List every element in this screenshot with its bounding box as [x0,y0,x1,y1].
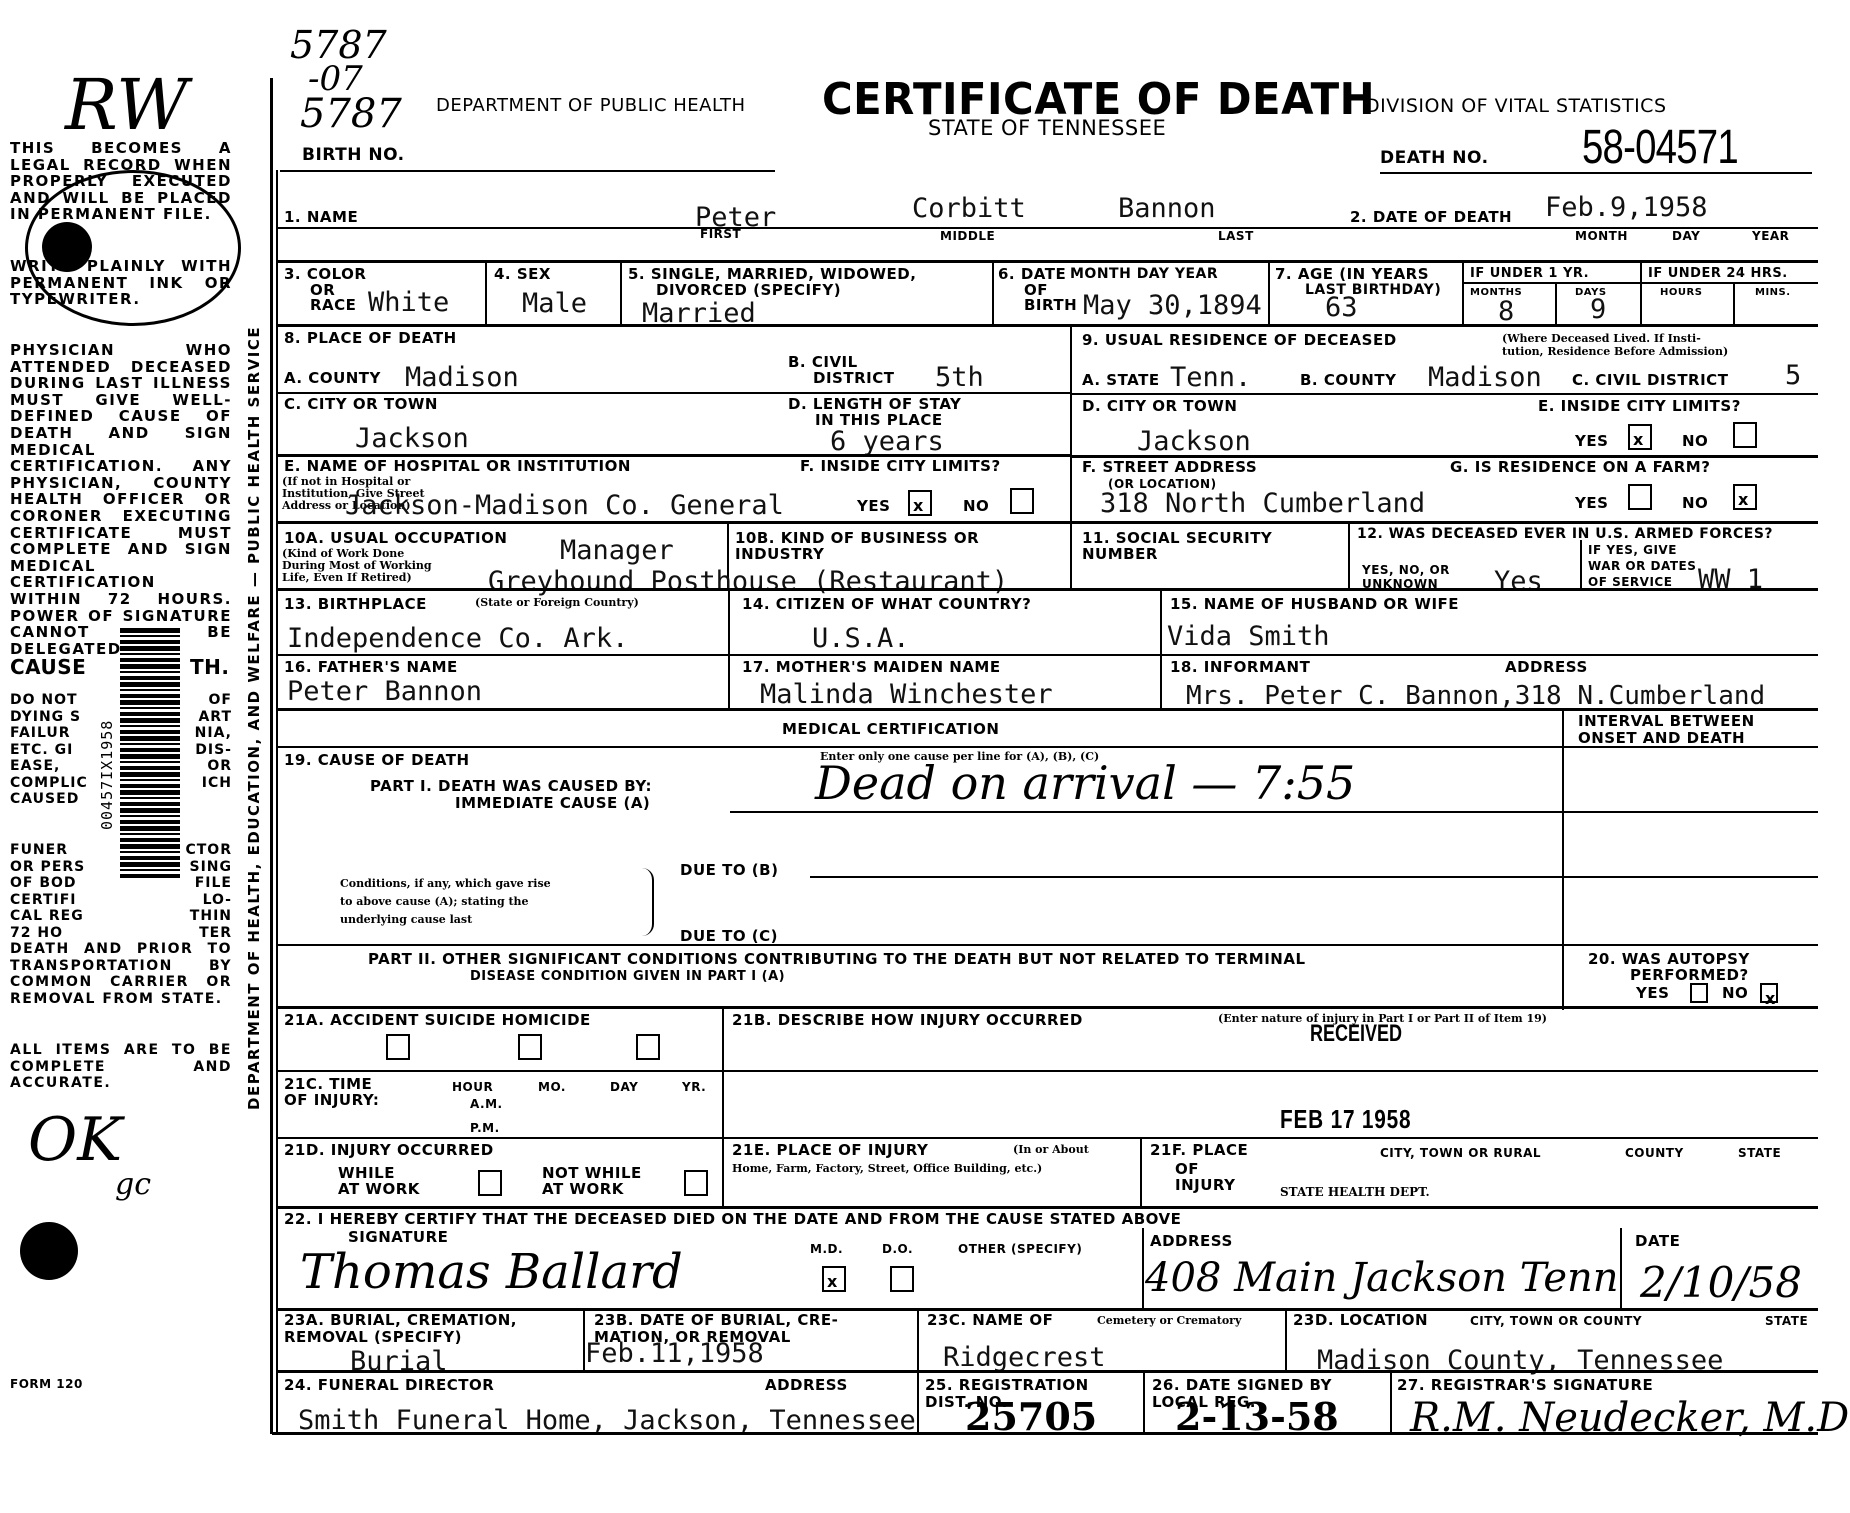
residence-county-value: Madison [1428,364,1542,391]
burial-location-label: 23D. LOCATION [1293,1313,1428,1328]
months-value: 8 [1498,298,1514,325]
vertical-agency-text: DEPARTMENT OF HEALTH, EDUCATION, AND WEL… [245,326,263,1110]
color-label: 3. COLOR [284,267,366,282]
death-civil-district-value: 5th [935,364,984,391]
marital-label: 5. SINGLE, MARRIED, WIDOWED, [628,267,916,282]
residence-city-value: Jackson [1137,428,1251,455]
name-label: 1. NAME [284,210,358,225]
occupation-label: 10A. USUAL OCCUPATION [284,531,507,546]
registration-label: 25. REGISTRATION [925,1378,1089,1393]
funeral-director-label: 24. FUNERAL DIRECTOR [284,1378,494,1393]
certification-date: 2/10/58 [1640,1262,1802,1304]
registration-district-value: 25705 [965,1398,1097,1436]
mother-label: 17. MOTHER'S MAIDEN NAME [742,660,1001,675]
death-inside-city-yes-checkbox[interactable] [908,490,932,516]
cause-note-right: OFARTNIA,DIS-ORICH [190,692,232,791]
ssn-label: 11. SOCIAL SECURITY [1082,531,1272,546]
while-at-work-checkbox[interactable] [478,1170,502,1196]
color-value: White [368,289,449,316]
registrar-label: 27. REGISTRAR'S SIGNATURE [1397,1378,1653,1393]
birth-date-value: May 30,1894 [1083,292,1262,319]
funeral-director-value: Smith Funeral Home, Jackson, Tennessee [298,1407,916,1434]
informant-label: 18. INFORMANT [1170,660,1310,675]
father-label: 16. FATHER'S NAME [284,660,458,675]
residence-street-value: 318 North Cumberland [1100,490,1425,517]
year-sublabel: YEAR [1752,230,1789,242]
last-name-value: Bannon [1118,195,1216,222]
birth-no-line [280,170,775,172]
homicide-checkbox[interactable] [636,1034,660,1060]
middle-sublabel: MIDDLE [940,230,995,242]
residence-civil-value: 5 [1785,362,1801,389]
date-of-death-label: 2. DATE OF DEATH [1350,210,1512,225]
spouse-value: Vida Smith [1167,623,1330,650]
all-items-note: ALL ITEMS ARE TO BE COMPLETE AND ACCURAT… [10,1042,232,1092]
cause-note-left: DO NOTDYING SFAILURETC. GIEASE,COMPLICCA… [10,692,95,808]
age-label: 7. AGE (IN YEARS [1275,267,1429,282]
autopsy-label: 20. WAS AUTOPSY [1588,952,1750,967]
father-value: Peter Bannon [287,678,482,705]
injury-type-label: 21A. ACCIDENT SUICIDE HOMICIDE [284,1013,591,1028]
certify-label: 22. I HEREBY CERTIFY THAT THE DECEASED D… [284,1212,1181,1227]
md-checkbox[interactable] [822,1266,846,1292]
date-of-death-value: Feb.9,1958 [1545,194,1708,221]
hospital-value: Jackson-Madison Co. General [345,492,784,519]
due-to-c-label: DUE TO (C) [680,929,778,944]
sex-label: 4. SEX [494,267,551,282]
death-city-value: Jackson [355,425,469,452]
citizen-label: 14. CITIZEN OF WHAT COUNTRY? [742,597,1031,612]
burial-date-value: Feb.11,1958 [585,1340,764,1367]
suicide-checkbox[interactable] [518,1034,542,1060]
cause-heading: CAUSE [10,657,86,677]
burial-method-label: 23A. BURIAL, CREMATION, [284,1313,517,1328]
date-signed-label: 26. DATE SIGNED BY [1152,1378,1332,1393]
cause-heading-right: TH. [190,657,229,677]
division-label: DIVISION OF VITAL STATISTICS [1365,97,1667,116]
immediate-cause-value: Dead on arrival — 7:55 [815,760,1355,806]
marital-value: Married [642,300,756,327]
describe-injury-label: 21B. DESCRIBE HOW INJURY OCCURRED [732,1013,1083,1028]
first-sublabel: FIRST [700,228,741,240]
autopsy-yes-checkbox[interactable] [1690,983,1708,1003]
physician-note: PHYSICIAN WHO ATTENDED DECEASED DURING L… [10,342,232,657]
punch-hole [20,1222,78,1280]
funeral-note-right: CTORSINGFILELO-THINTER [180,842,232,941]
armed-forces-label: 12. WAS DECEASED EVER IN U.S. ARMED FORC… [1357,527,1773,541]
birth-date-label: 6. DATE [998,267,1066,282]
time-of-injury-label: 21C. TIME [284,1077,372,1092]
age-value: 63 [1325,294,1358,321]
birth-no-label: BIRTH NO. [302,147,405,164]
residence-inside-city-yes-checkbox[interactable] [1628,424,1652,450]
write-plainly-note: WRITE PLAINLY WITH PERMANENT INK OR TYPE… [10,258,232,308]
received-date-stamp: FEB 17 1958 [1280,1104,1411,1135]
month-sublabel: MONTH [1575,230,1628,242]
last-sublabel: LAST [1218,230,1254,242]
cemetery-value: Ridgecrest [943,1344,1106,1371]
death-inside-city-no-checkbox[interactable] [1010,488,1034,514]
barcode [120,628,180,878]
health-dept-stamp: STATE HEALTH DEPT. [1280,1185,1430,1199]
death-no-label: DEATH NO. [1380,150,1489,167]
spouse-label: 15. NAME OF HUSBAND OR WIFE [1170,597,1459,612]
length-of-stay-value: 6 years [830,428,944,455]
part2-label: PART II. OTHER SIGNIFICANT CONDITIONS CO… [368,952,1306,967]
barcode-text: 00457IX1958 [98,720,116,830]
under-1yr-label: IF UNDER 1 YR. [1470,267,1589,280]
cause-of-death-label: 19. CAUSE OF DEATH [284,753,470,768]
informant-value: Mrs. Peter C. Bannon,318 N.Cumberland [1186,683,1765,709]
due-to-b-label: DUE TO (B) [680,863,778,878]
sex-value: Male [522,290,587,317]
handwritten-initials: RW [65,70,188,140]
received-stamp: RECEIVED [1310,1020,1402,1048]
accident-checkbox[interactable] [386,1034,410,1060]
cemetery-label: 23C. NAME OF [927,1313,1053,1328]
place-of-injury-label: 21E. PLACE OF INJURY [732,1143,928,1158]
residence-label: 9. USUAL RESIDENCE OF DECEASED [1082,333,1397,348]
residence-inside-city-no-checkbox[interactable] [1733,422,1757,448]
funeral-note-left: FUNEROR PERSOF BODCERTIFICAL REG72 HO [10,842,100,941]
physician-signature: Thomas Ballard [300,1248,683,1296]
autopsy-no-checkbox[interactable] [1760,983,1778,1003]
brace [642,868,654,936]
form-border-left-inner [276,170,278,1434]
burial-date-label: 23B. DATE OF BURIAL, CRE- [594,1313,838,1328]
state-label: STATE OF TENNESSEE [928,118,1166,139]
handwritten-ok: OK [28,1110,122,1170]
under-24hrs-label: IF UNDER 24 HRS. [1648,267,1788,280]
physician-address: 408 Main Jackson Tenn [1145,1258,1619,1298]
death-no-line [1380,172,1812,174]
day-sublabel: DAY [1672,230,1700,242]
occupation-value: Manager [560,537,674,564]
citizen-value: U.S.A. [812,625,910,652]
injury-occurred-label: 21D. INJURY OCCURRED [284,1143,494,1158]
file-number-bottom: 5787 [300,94,402,134]
residence-state-value: Tenn. [1170,364,1251,391]
form-number: FORM 120 [10,1378,83,1390]
place-of-death-label: 8. PLACE OF DEATH [284,331,457,346]
days-value: 9 [1590,296,1606,323]
farm-yes-checkbox[interactable] [1628,484,1652,510]
not-while-at-work-checkbox[interactable] [684,1170,708,1196]
birthplace-label: 13. BIRTHPLACE [284,597,427,612]
department-label: DEPARTMENT OF PUBLIC HEALTH [436,97,746,115]
birthplace-value: Independence Co. Ark. [287,625,628,652]
death-number: 58-04571 [1582,120,1738,175]
business-label: 10B. KIND OF BUSINESS OR [735,531,979,546]
funeral-note-end: DEATH AND PRIOR TO TRANSPORTATION BY COM… [10,941,232,1007]
farm-no-checkbox[interactable] [1733,484,1757,510]
medical-heading: MEDICAL CERTIFICATION [782,722,999,737]
death-county-value: Madison [405,364,519,391]
mother-value: Malinda Winchester [760,681,1053,708]
row-divider [278,260,1818,263]
middle-name-value: Corbitt [912,195,1026,222]
do-checkbox[interactable] [890,1266,914,1292]
date-signed-value: 2-13-58 [1175,1398,1339,1436]
handwritten-initials-small: gc [115,1170,151,1200]
form-border-left [270,78,273,1434]
form-bottom-border [272,1432,1818,1435]
